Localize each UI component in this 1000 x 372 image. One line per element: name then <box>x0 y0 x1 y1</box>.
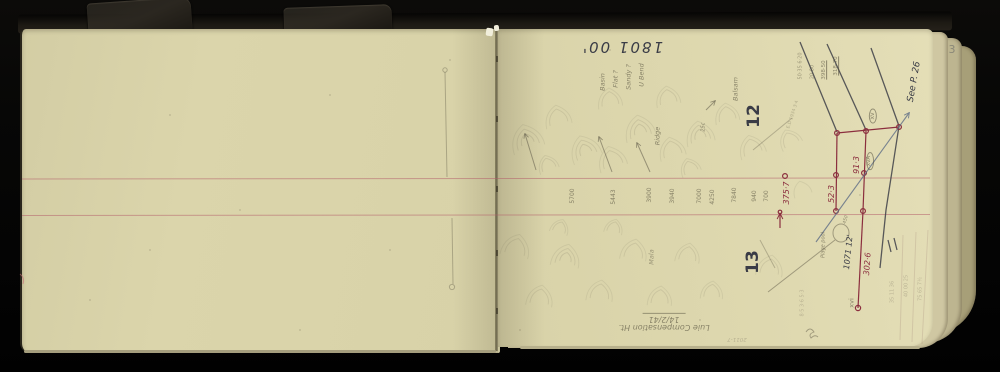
chainage-reading: 940 <box>752 190 758 201</box>
pencil-calc-total: 318·70 <box>834 56 840 75</box>
chainage-reading: 4250 <box>710 189 716 204</box>
distance-302-6: 302·6 <box>863 252 873 275</box>
paper-speckles <box>89 49 861 331</box>
pool-sketch <box>768 224 849 292</box>
pencil-calc-line: 398·50 <box>822 60 828 79</box>
distance-375-7: 375·7 <box>783 182 791 205</box>
station-xva: xvA <box>866 152 874 170</box>
terrain-word: U Bend <box>639 63 646 87</box>
survey-diagram-red <box>778 125 901 311</box>
terrain-word: Flat ? <box>613 70 620 88</box>
distance-52-3: 52·3 <box>828 185 836 203</box>
footer-line1: Luie Compensation Ht. <box>618 323 709 331</box>
pencil-note: 25c <box>701 122 706 131</box>
line-number-13: 13 <box>745 250 763 274</box>
bleed-through-figures: 8·5 3·6 5·3 <box>800 289 805 316</box>
terrain-word: Ridge <box>655 127 662 146</box>
misc-scribble <box>806 329 818 338</box>
chainage-reading: 5443 <box>611 189 617 204</box>
bearing-note: 1801 00' <box>581 38 663 54</box>
chainage-reading: 700 <box>764 190 770 201</box>
terrain-word: Mala <box>649 249 656 264</box>
footer-note: 2011-7 <box>727 335 746 341</box>
chainage-reading: 3940 <box>670 188 676 203</box>
pool-note: Plage pool <box>821 232 826 258</box>
pencil-calc-line: 50·35 6·20 <box>798 52 803 79</box>
ruled-lines <box>22 178 930 216</box>
chainage-reading: 3900 <box>647 187 653 202</box>
line-number-12: 12 <box>746 104 764 128</box>
station-xvi: xvi <box>849 298 856 308</box>
bleed-through-figures: 35 11 36 <box>890 281 895 303</box>
pencil-calc-line: 20·80 <box>810 65 815 79</box>
distance-91-3: 91·3 <box>853 156 861 174</box>
sketch-layer <box>0 0 1000 372</box>
notebook-photo: 1801 00' 3 See P. 26 12 13 375·7 52·3 91… <box>0 0 1000 372</box>
page-number: 3 <box>949 44 956 56</box>
chainage-reading: 7840 <box>732 187 738 202</box>
footer-date: 14/2/41 <box>643 313 686 322</box>
footer-caption: Luie Compensation Ht. 14/2/41 <box>618 313 709 331</box>
station-nodes <box>778 125 901 311</box>
bleed-through-figures: 40 00 25 <box>904 275 909 297</box>
terrain-word: Basin <box>600 73 607 91</box>
chainage-reading: 5700 <box>570 188 576 203</box>
terrain-word: Sandy ? <box>626 64 633 90</box>
terrain-word: Balsam <box>733 77 740 101</box>
chainage-reading: 7000 <box>697 188 703 203</box>
bleed-through-figures: 75 65 7½ <box>918 277 923 301</box>
